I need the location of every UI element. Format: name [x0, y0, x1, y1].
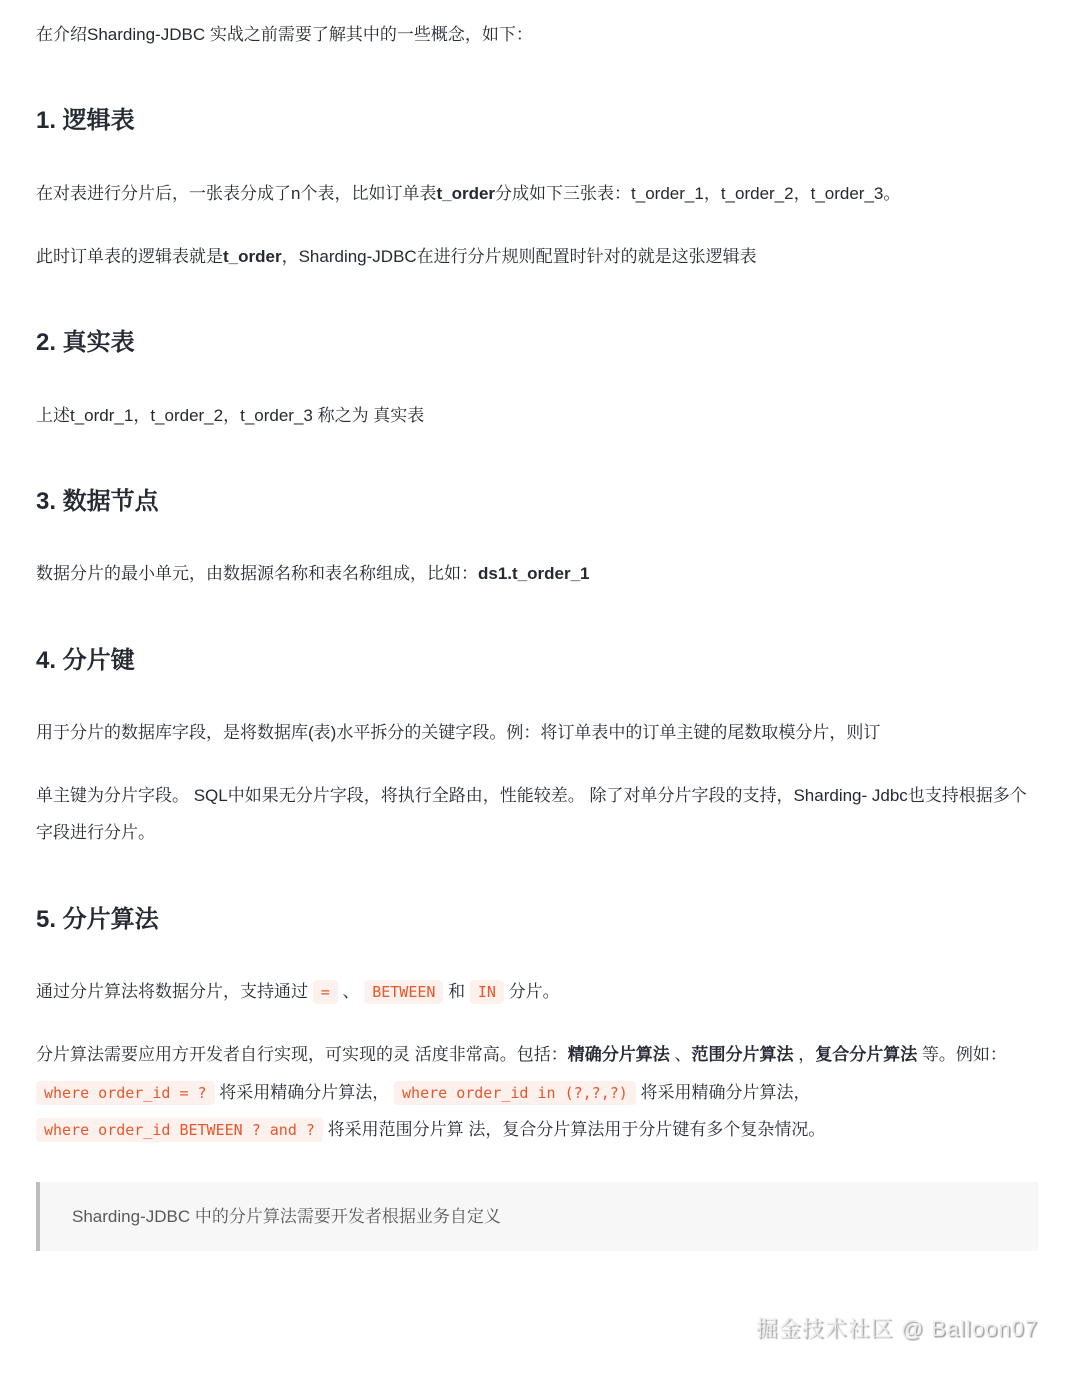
- bold-text: t_order: [436, 184, 495, 203]
- inline-code: IN: [470, 980, 504, 1004]
- text-segment: 通过分片算法将数据分片，支持通过: [36, 982, 313, 1001]
- inline-code: =: [313, 980, 338, 1004]
- text-segment: 分成如下三张表：t_order_1，t_order_2，t_order_3。: [495, 184, 900, 203]
- text-segment: 等。例如：: [917, 1045, 1007, 1064]
- text-segment: 、: [670, 1045, 692, 1064]
- text-segment: 将采用范围分片算 法，复合分片算法用于分片键有多个复杂情况。: [323, 1120, 825, 1139]
- text-segment: 、: [338, 982, 364, 1001]
- text-segment: ，: [793, 1045, 815, 1064]
- text-segment: 将采用精确分片算法，: [636, 1083, 811, 1102]
- text-segment: 单主键为分片字段。 SQL中如果无分片字段，将执行全路由，性能较差。 除了对单分…: [36, 786, 1027, 842]
- paragraph-logical-table-2: 此时订单表的逻辑表就是t_order，Sharding-JDBC在进行分片规则配…: [36, 238, 1038, 275]
- text-segment: 和: [443, 982, 469, 1001]
- heading-logical-table: 1. 逻辑表: [36, 105, 1038, 136]
- inline-code: where order_id in (?,?,?): [394, 1081, 636, 1105]
- heading-data-node: 3. 数据节点: [36, 486, 1038, 517]
- intro-paragraph: 在介绍Sharding-JDBC 实战之前需要了解其中的一些概念，如下：: [36, 16, 1038, 53]
- blockquote-text: Sharding-JDBC 中的分片算法需要开发者根据业务自定义: [72, 1198, 1018, 1235]
- text-segment: 将采用精确分片算法，: [215, 1083, 394, 1102]
- text-segment: 分片算法需要应用方开发者自行实现，可实现的灵 活度非常高。包括：: [36, 1045, 568, 1064]
- inline-code: BETWEEN: [364, 980, 443, 1004]
- heading-real-table: 2. 真实表: [36, 327, 1038, 358]
- text-segment: 用于分片的数据库字段，是将数据库(表)水平拆分的关键字段。例：将订单表中的订单主…: [36, 723, 880, 742]
- paragraph-sharding-algorithm-1: 通过分片算法将数据分片，支持通过 = 、 BETWEEN 和 IN 分片。: [36, 973, 1038, 1010]
- heading-sharding-algorithm: 5. 分片算法: [36, 904, 1038, 935]
- paragraph-sharding-key-1: 用于分片的数据库字段，是将数据库(表)水平拆分的关键字段。例：将订单表中的订单主…: [36, 714, 1038, 751]
- inline-code: where order_id = ?: [36, 1081, 215, 1105]
- text-segment: 在介绍Sharding-JDBC 实战之前需要了解其中的一些概念，如下：: [36, 25, 533, 44]
- text-segment: 数据分片的最小单元，由数据源名称和表名称组成，比如：: [36, 564, 478, 583]
- paragraph-sharding-algorithm-2: 分片算法需要应用方开发者自行实现，可实现的灵 活度非常高。包括：精确分片算法 、…: [36, 1036, 1038, 1148]
- bold-text: t_order: [223, 247, 282, 266]
- text-segment: 分片。: [504, 982, 560, 1001]
- bold-text: ds1.t_order_1: [478, 564, 590, 583]
- paragraph-data-node: 数据分片的最小单元，由数据源名称和表名称组成，比如：ds1.t_order_1: [36, 555, 1038, 592]
- inline-code: where order_id BETWEEN ? and ?: [36, 1118, 323, 1142]
- blockquote-note: Sharding-JDBC 中的分片算法需要开发者根据业务自定义: [36, 1182, 1038, 1251]
- watermark: 掘金技术社区 @ Balloon07: [756, 1312, 1038, 1343]
- text-segment: 此时订单表的逻辑表就是: [36, 247, 223, 266]
- heading-sharding-key: 4. 分片键: [36, 645, 1038, 676]
- paragraph-sharding-key-2: 单主键为分片字段。 SQL中如果无分片字段，将执行全路由，性能较差。 除了对单分…: [36, 777, 1038, 852]
- article-content: 在介绍Sharding-JDBC 实战之前需要了解其中的一些概念，如下： 1. …: [0, 0, 1074, 1251]
- paragraph-logical-table-1: 在对表进行分片后，一张表分成了n个表，比如订单表t_order分成如下三张表：t…: [36, 175, 1038, 212]
- text-segment: 上述t_ordr_1，t_order_2，t_order_3 称之为 真实表: [36, 406, 424, 425]
- paragraph-real-table: 上述t_ordr_1，t_order_2，t_order_3 称之为 真实表: [36, 397, 1038, 434]
- bold-text: 范围分片算法: [691, 1045, 793, 1064]
- bold-text: 精确分片算法: [568, 1045, 670, 1064]
- bold-text: 复合分片算法: [815, 1045, 917, 1064]
- text-segment: ，Sharding-JDBC在进行分片规则配置时针对的就是这张逻辑表: [282, 247, 757, 266]
- text-segment: 在对表进行分片后，一张表分成了n个表，比如订单表: [36, 184, 436, 203]
